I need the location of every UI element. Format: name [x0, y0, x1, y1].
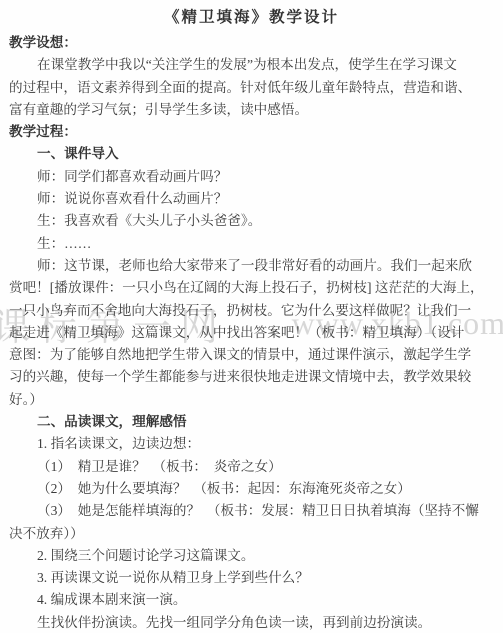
text-line: 1. 指名读课文，边读边想：: [9, 433, 494, 455]
text-line: 一、课件导入: [9, 143, 494, 165]
text-line: 一只小鸟弃而不舍地向大海投石子，扔树枝。它为什么要这样做呢？让我们一: [9, 300, 494, 322]
text-line: 生：……: [9, 233, 494, 255]
text-line: （2） 她为什么要填海？ （板书：起因：东海淹死炎帝之女）: [9, 478, 494, 500]
text-line: （3） 她是怎能样填海的？ （板书：发展：精卫日日执着填海（坚持不懈: [9, 500, 494, 522]
text-line: 师：这节课，老师也给大家带来了一段非常好看的动画片。我们一起来欣: [9, 255, 494, 277]
document-content: 《精卫填海》教学设计 教学设想：在课堂教学中我以“关注学生的发展”为根本出发点，…: [0, 0, 503, 633]
text-line: 教学设想：: [9, 32, 494, 54]
text-line: （1） 精卫是谁？ （板书： 炎帝之女）: [9, 456, 494, 478]
document-page: 课标第一网 www.xkb1.com 《精卫填海》教学设计 教学设想：在课堂教学…: [0, 0, 503, 633]
text-line: 赏吧！[播放课件：一只小鸟在辽阔的大海上投石子，扔树枝] 这茫茫的大海上，: [9, 277, 494, 299]
page-title: 《精卫填海》教学设计: [9, 7, 494, 32]
text-line: 师：说说你喜欢看什么动画片？: [9, 188, 494, 210]
text-line: 教学过程：: [9, 121, 494, 143]
text-line: 师：同学们都喜欢看动画片吗？: [9, 166, 494, 188]
text-line: 起走进《精卫填海》这篇课文，从中找出答案吧！（板书：精卫填海）（设计: [9, 322, 494, 344]
text-line: 决不放弃））: [9, 523, 494, 545]
text-line: 意图：为了能够自然地把学生带入课文的情景中，通过课件演示，激起学生学: [9, 344, 494, 366]
text-line: 3. 再读课文说一说你从精卫身上学到些什么？: [9, 567, 494, 589]
document-lines: 教学设想：在课堂教学中我以“关注学生的发展”为根本出发点，使学生在学习课文的过程…: [9, 32, 494, 633]
text-line: 2. 围绕三个问题讨论学习这篇课文。: [9, 545, 494, 567]
text-line: 富有童趣的学习气氛；引导学生多读，读中感悟。: [9, 99, 494, 121]
text-line: 的过程中，语文素养得到全面的提高。针对低年级儿童年龄特点，营造和谐、: [9, 77, 494, 99]
text-line: 4. 编成课本剧来演一演。: [9, 589, 494, 611]
text-line: 好。）: [9, 389, 494, 411]
text-line: 二、品读课文，理解感悟: [9, 411, 494, 433]
text-line: 生找伙伴扮演读。先找一组同学分角色读一读，再到前边扮演读。: [9, 612, 494, 633]
text-line: 生：我喜欢看《大头儿子小头爸爸》。: [9, 210, 494, 232]
text-line: 习的兴趣，使每一个学生都能参与进来很快地走进课文情境中去，教学效果较: [9, 366, 494, 388]
text-line: 在课堂教学中我以“关注学生的发展”为根本出发点，使学生在学习课文: [9, 54, 494, 76]
